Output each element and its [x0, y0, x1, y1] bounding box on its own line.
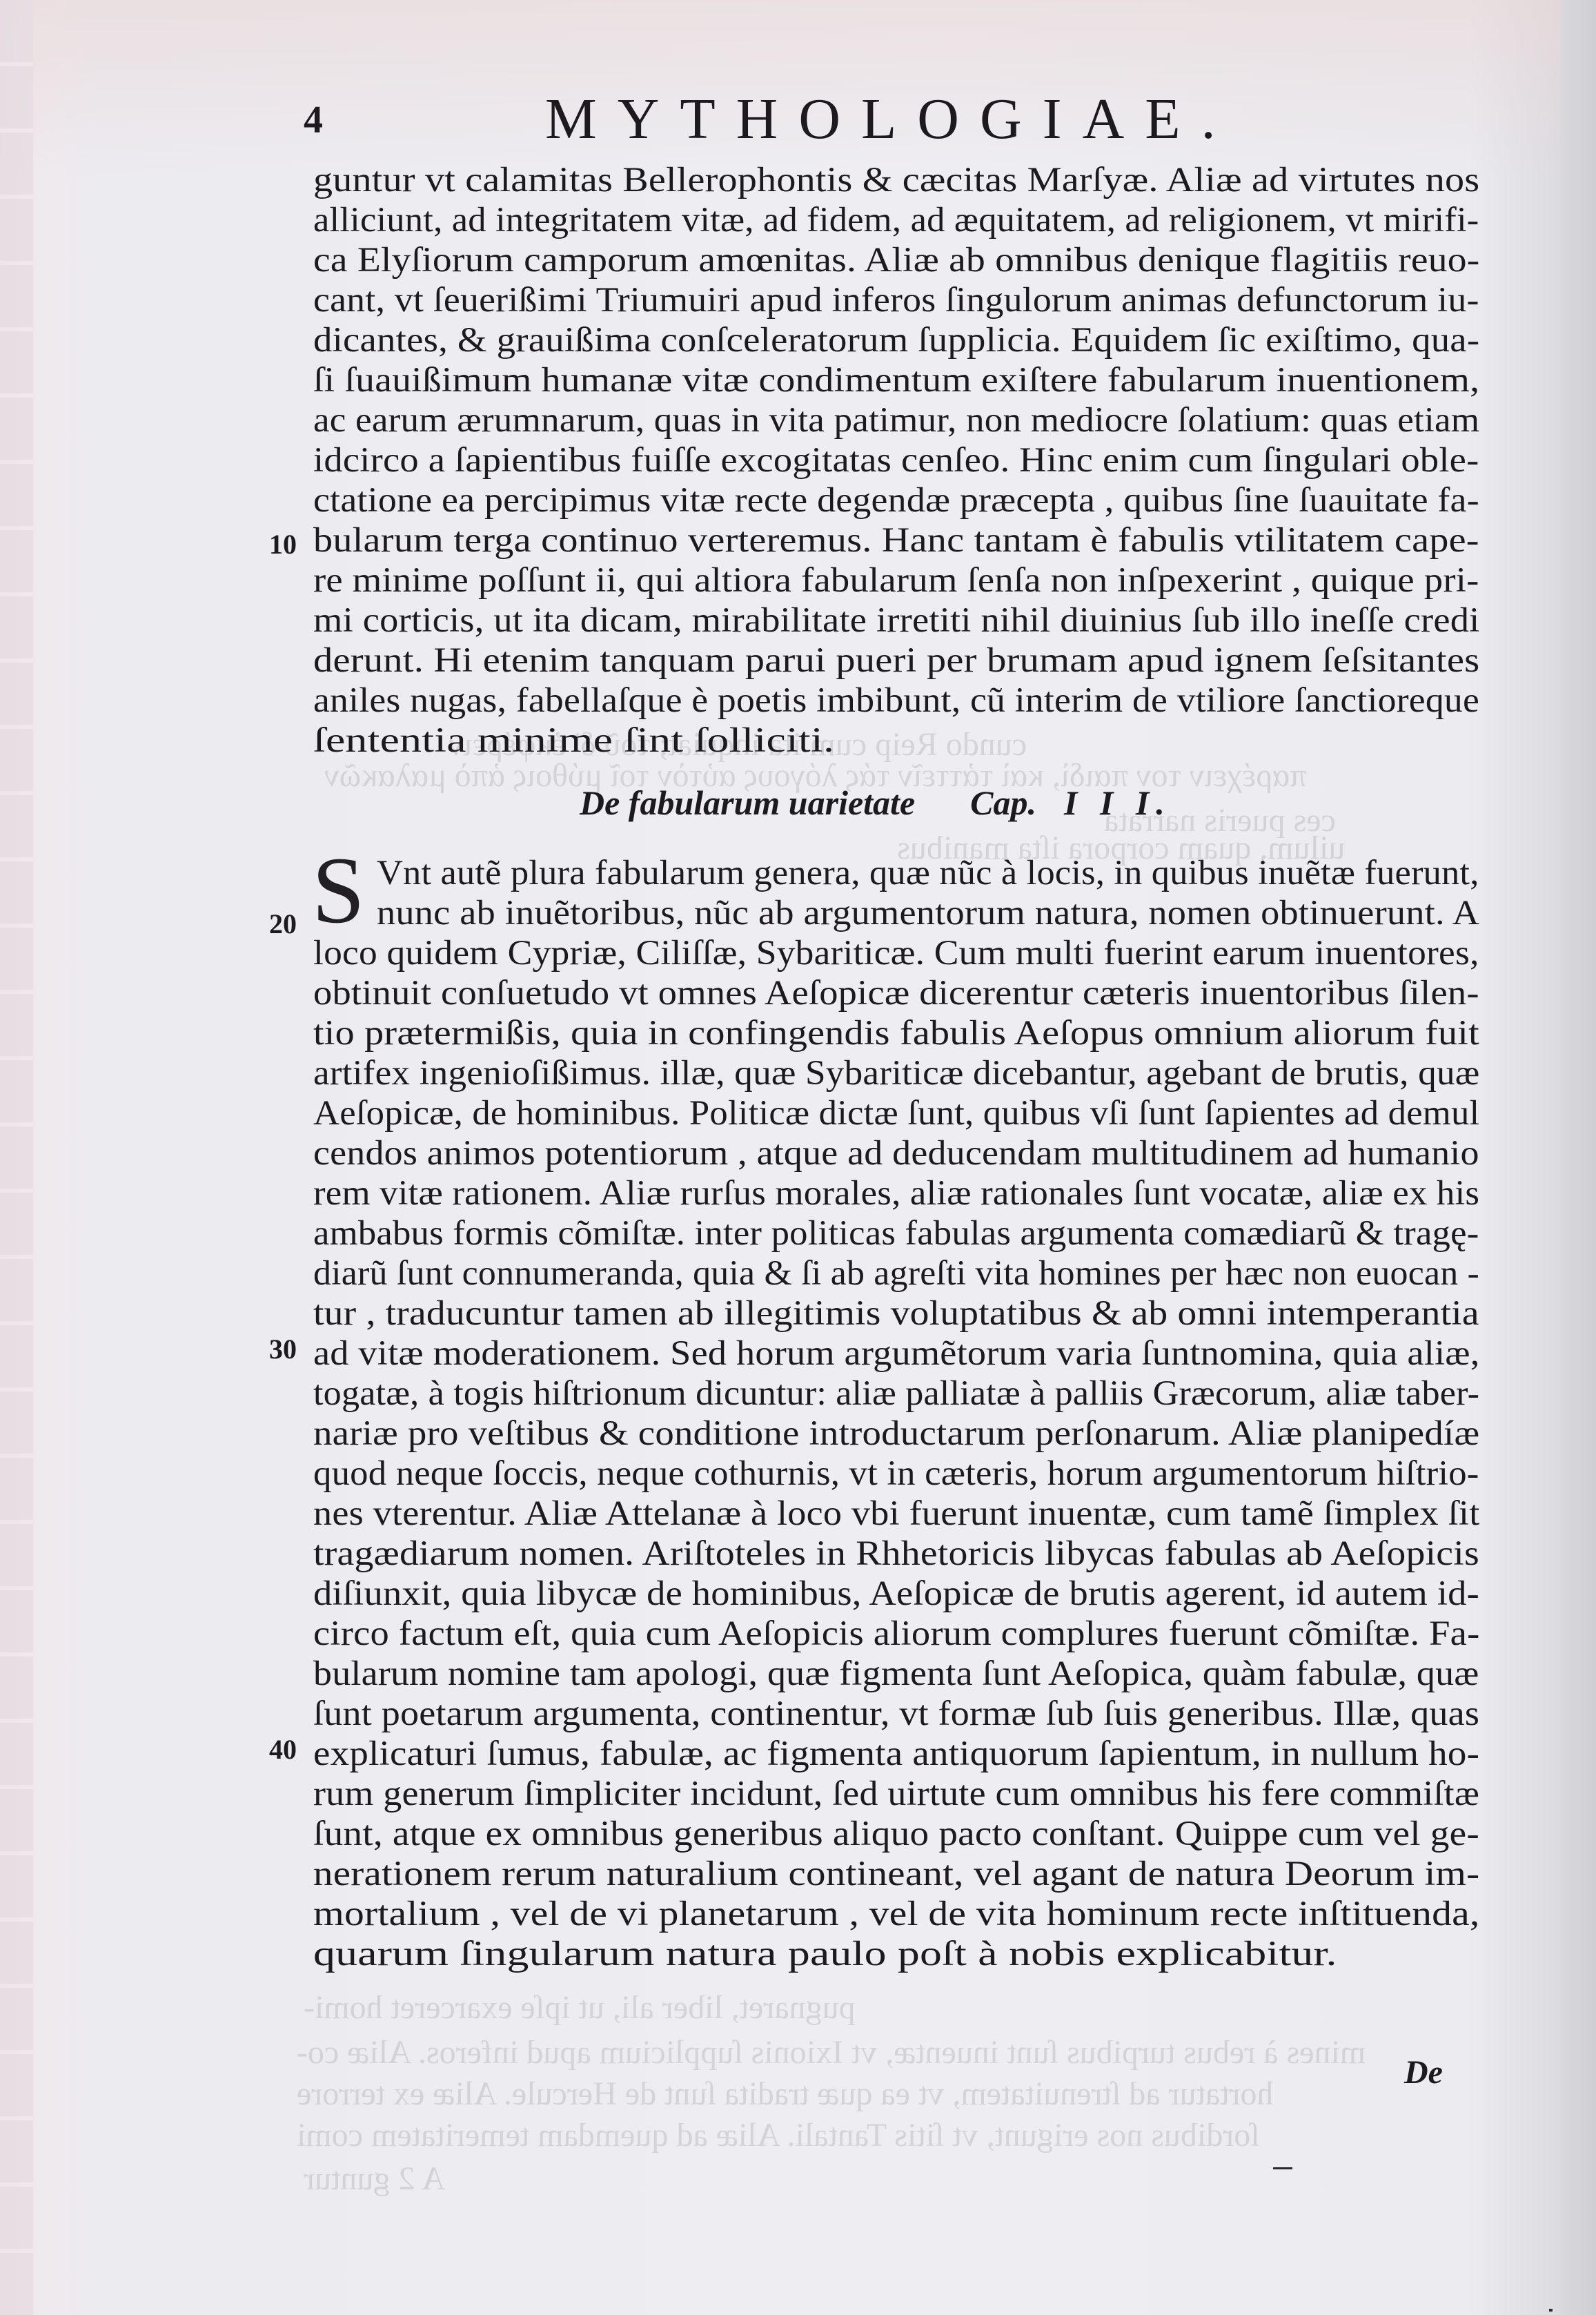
text-line: rem vitæ rationem. Aliæ rurſus morales, …: [313, 1173, 1479, 1213]
text-line: ca Elyſiorum camporum amœnitas. Aliæ ab …: [313, 240, 1479, 280]
chapter-title: De fabularum uarietate: [580, 783, 915, 822]
text-line: idcirco a ſapientibus fuiſſe excogitatas…: [313, 440, 1479, 480]
text-line: ſunt poetarum argumenta, continentur, vt…: [313, 1694, 1479, 1734]
text-line: Vnt autẽ plura fabularum genera, quæ nũc…: [377, 853, 1479, 893]
text-line: tur , traducuntur tamen ab illegitimis v…: [313, 1293, 1479, 1334]
text-line: cendos animos potentiorum , atque ad ded…: [313, 1133, 1479, 1173]
running-head: 4 MYTHOLOGIAE.: [304, 77, 1352, 146]
text-line: artifex ingenioſißimus. illæ, quæ Sybari…: [313, 1053, 1479, 1093]
text-line: tio prætermißis, quia in confingendis fa…: [313, 1013, 1479, 1053]
show-through-text: A 2 guntur: [304, 2159, 445, 2199]
page-number: 4: [304, 98, 323, 142]
text-line: nes vterentur. Aliæ Attelanæ à loco vbi …: [313, 1494, 1479, 1534]
chapter-number: I I I.: [1064, 783, 1172, 822]
running-head-title: MYTHOLOGIAE.: [545, 86, 1237, 153]
show-through-text: ſordibus nos erigunt, vt ſitis Tantali. …: [297, 2116, 1260, 2156]
line-number-marker: 20: [269, 904, 297, 944]
ink-speck: [1273, 2167, 1292, 2169]
text-line: bularum terga continuo verteremus. Hanc …: [313, 520, 1479, 560]
catchword: De: [1404, 2053, 1443, 2091]
chapter-label: Cap.: [970, 783, 1036, 822]
text-line: loco quidem Cypriæ, Ciliſſæ, Sybariticæ.…: [313, 933, 1479, 973]
drop-cap-initial: S: [312, 849, 365, 932]
text-line: dicantes, & grauißima conſceleratorum ſu…: [313, 320, 1479, 360]
text-line: nunc ab inuẽtoribus, nũc ab argumentorum…: [377, 893, 1479, 933]
text-line: mi corticis, ut ita dicam, mirabilitate …: [313, 600, 1480, 641]
text-line: explicaturi ſumus, fabulæ, ac figmenta a…: [313, 1734, 1479, 1774]
line-number-marker: 10: [269, 525, 297, 565]
text-line: nariæ pro veſtibus & conditione introduc…: [313, 1414, 1479, 1454]
text-line: aniles nugas, fabellaſque è poetis imbib…: [313, 681, 1479, 721]
text-line: diarũ ſunt connumeranda, quia & ſi ab ag…: [313, 1253, 1479, 1293]
text-line: ctatione ea percipimus vitæ recte degend…: [313, 480, 1479, 520]
text-line: diſiunxit, quia libycæ de hominibus, Aeſ…: [313, 1574, 1479, 1614]
show-through-text: mines à rebus turpibus ſunt inuentæ, vt …: [297, 2033, 1366, 2073]
page-outer-edge: [1560, 0, 1596, 2315]
text-line: Aeſopicæ, de hominibus. Politicæ dictæ ſ…: [313, 1093, 1479, 1133]
text-line: circo factum eſt, quia cum Aeſopicis ali…: [313, 1614, 1479, 1654]
text-line: bularum nomine tam apologi, quæ figmenta…: [313, 1654, 1479, 1694]
text-line: derunt. Hi etenim tanquam parui pueri pe…: [313, 641, 1479, 681]
text-line: guntur vt calamitas Bellerophontis & cæc…: [313, 160, 1479, 200]
text-line: ſi ſuauißimum humanæ vitæ condimentum ex…: [313, 360, 1479, 400]
text-line: re minime poſſunt ii, qui altiora fabula…: [313, 560, 1479, 600]
text-line: ſunt, atque ex omnibus generibus aliquo …: [313, 1814, 1479, 1854]
text-line: obtinuit conſuetudo vt omnes Aeſopicæ di…: [313, 973, 1479, 1013]
text-line: ambabus formis cõmiſtæ. inter politicas …: [313, 1213, 1479, 1253]
text-line: tragædiarum nomen. Ariſtoteles in Rhheto…: [313, 1534, 1479, 1574]
book-page: cundo Reip cum ita inquiat; τοῦ δ' ἐκφέρ…: [0, 0, 1596, 2315]
text-line: rum generum ſimpliciter incidunt, ſed ui…: [313, 1774, 1479, 1814]
text-line: mortalium , vel de vi planetarum , vel d…: [313, 1894, 1479, 1934]
text-line: alliciunt, ad integritatem vitæ, ad fide…: [313, 200, 1479, 240]
chapter-heading: De fabularum uarietateCap.I I I.: [580, 783, 1172, 823]
text-line: quarum ſingularum natura paulo poſt à no…: [313, 1934, 1337, 1974]
show-through-text: hortatur ad ſtrenuitatem, vt ea quæ trad…: [297, 2074, 1274, 2114]
line-number-marker: 40: [269, 1730, 297, 1770]
text-line: ſententia minime ſint ſolliciti.: [313, 721, 834, 761]
text-line: togatæ, à togis hiſtrionum dicuntur: ali…: [313, 1374, 1479, 1414]
text-line: ac earum ærumnarum, quas in vita patimur…: [313, 400, 1479, 440]
text-line: cant, vt ſeuerißimi Triumuiri apud infer…: [313, 280, 1479, 320]
line-number-marker: 30: [269, 1329, 297, 1369]
text-line: quod neque ſoccis, neque cothurnis, vt i…: [313, 1454, 1479, 1494]
page-gutter-edge: [0, 0, 33, 2315]
text-line: ad vitæ moderationem. Sed horum argumẽto…: [313, 1334, 1480, 1374]
ink-speck: [1549, 2309, 1553, 2312]
show-through-text: pugnaret, liber ali, ut ipſe exarceret h…: [304, 1988, 856, 2028]
text-line: nerationem rerum naturalium contineant, …: [313, 1854, 1479, 1894]
